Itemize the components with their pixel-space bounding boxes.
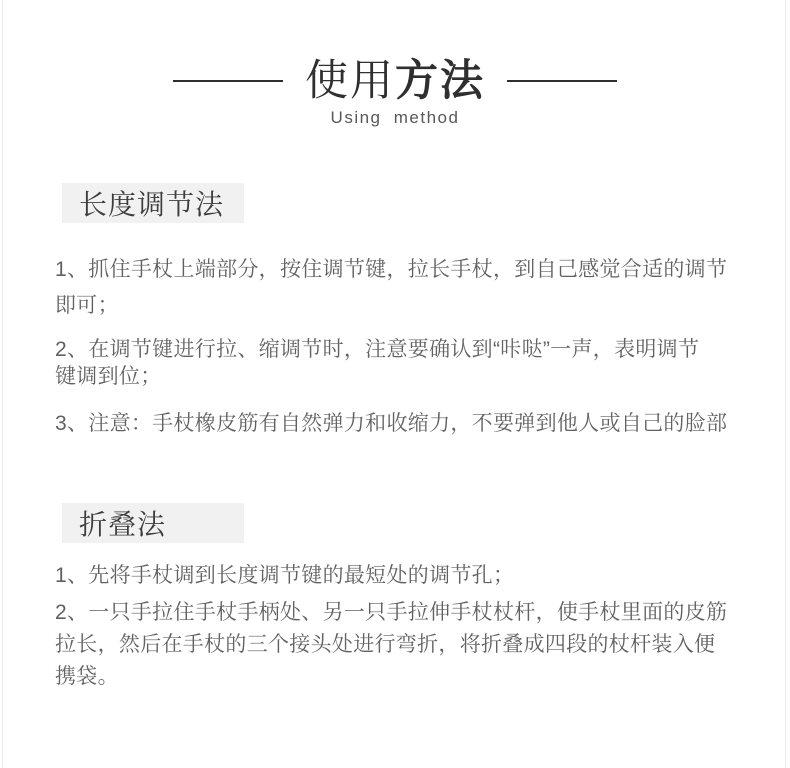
instruction-item: 2、一只手拉住手杖手柄处、另一只手拉伸手杖杖杆，使手杖里面的皮筋 拉长，然后在手… xyxy=(55,597,755,693)
instruction-line: 1、先将手杖调到长度调节键的最短处的调节孔； xyxy=(55,562,755,589)
section-heading-length-adjustment: 长度调节法 xyxy=(62,183,244,223)
product-instruction-page: 使用方法 Using method 长度调节法 1、抓住手杖上端部分，按住调节键… xyxy=(0,0,790,768)
section-heading-label: 折叠法 xyxy=(79,503,166,543)
section-heading-folding: 折叠法 xyxy=(62,503,244,543)
instruction-item: 1、先将手杖调到长度调节键的最短处的调节孔； xyxy=(55,562,755,589)
title-rule-left xyxy=(173,80,283,82)
instruction-line: 键调到位； xyxy=(55,363,755,390)
instruction-line: 2、在调节键进行拉、缩调节时，注意要确认到“咔哒”一声，表明调节 xyxy=(55,336,755,363)
instruction-item: 2、在调节键进行拉、缩调节时，注意要确认到“咔哒”一声，表明调节 键调到位； xyxy=(55,336,755,390)
page-title-bold-part: 方法 xyxy=(395,57,485,105)
instruction-line: 即可； xyxy=(55,288,755,324)
instruction-line: 1、抓住手杖上端部分，按住调节键，拉长手杖，到自己感觉合适的调节 xyxy=(55,252,755,288)
page-title-light-part: 使用 xyxy=(305,57,395,105)
title-block: 使用方法 xyxy=(0,56,790,106)
page-title: 使用方法 xyxy=(305,56,485,106)
instruction-line: 2、一只手拉住手杖手柄处、另一只手拉伸手杖杖杆，使手杖里面的皮筋 xyxy=(55,597,755,629)
section-heading-label: 长度调节法 xyxy=(79,183,224,223)
instruction-line: 拉长，然后在手杖的三个接头处进行弯折，将折叠成四段的杖杆装入便 xyxy=(55,629,755,661)
title-rule-right xyxy=(507,80,617,82)
instruction-item: 1、抓住手杖上端部分，按住调节键，拉长手杖，到自己感觉合适的调节 即可； xyxy=(55,252,755,324)
instruction-line: 携袋。 xyxy=(55,661,755,693)
page-subtitle: Using method xyxy=(0,108,790,128)
instruction-item: 3、注意：手杖橡皮筋有自然弹力和收缩力，不要弹到他人或自己的脸部 xyxy=(55,410,755,437)
instruction-line: 3、注意：手杖橡皮筋有自然弹力和收缩力，不要弹到他人或自己的脸部 xyxy=(55,410,755,437)
